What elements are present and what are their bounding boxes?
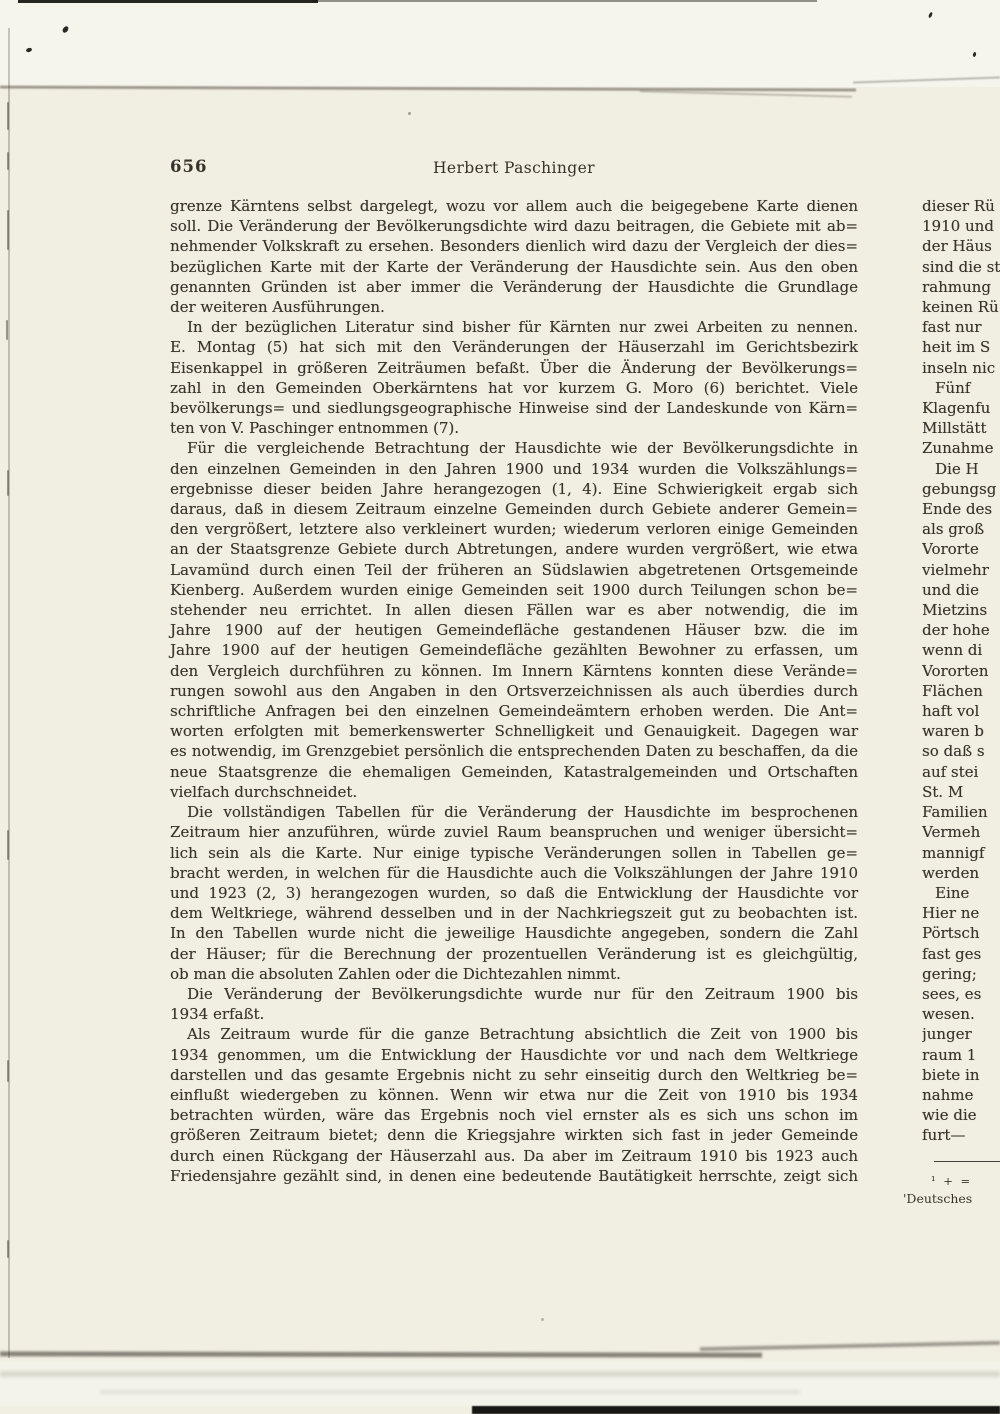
text-line: betrachten würden, wäre das Ergebnis noc… bbox=[170, 1105, 858, 1125]
fragment-line: keinen Rü bbox=[922, 297, 1000, 317]
text-line: der Häuser; für die Berechnung der proze… bbox=[170, 944, 858, 964]
fragment-line: gebungsg bbox=[922, 479, 1000, 499]
text-line: stehender neu errichtet. In allen diesen… bbox=[170, 600, 858, 620]
scan-artifact-bottom-black-strip bbox=[472, 1406, 1000, 1414]
fragment-line: Hier ne bbox=[922, 903, 1000, 923]
scan-artifact-left-dash bbox=[7, 152, 9, 170]
text-line: darstellen und das gesamte Ergebnis nich… bbox=[170, 1065, 858, 1085]
text-line: lich sein als die Karte. Nur einige typi… bbox=[170, 843, 858, 863]
scan-artifact-smudge-bottom bbox=[0, 1351, 762, 1357]
text-line: soll. Die Veränderung der Bevölkerungsdi… bbox=[170, 216, 858, 236]
text-line: Jahre 1900 auf der heutigen Gemeindefläc… bbox=[170, 640, 858, 660]
fragment-line: Eine bbox=[922, 883, 1000, 903]
paragraph: Als Zeitraum wurde für die ganze Betrach… bbox=[170, 1024, 858, 1186]
text-line: neue Staatsgrenze die ehemaligen Gemeind… bbox=[170, 762, 858, 782]
fragment-line: und die bbox=[922, 580, 1000, 600]
scan-artifact-speck bbox=[408, 112, 411, 115]
text-line: und 1923 (2, 3) herangezogen wurden, so … bbox=[170, 883, 858, 903]
scan-artifact-left-dash bbox=[7, 470, 9, 496]
fragment-line: rahmung bbox=[922, 277, 1000, 297]
scan-artifact-left-dash bbox=[6, 320, 8, 340]
fragment-line: der hohe bbox=[922, 620, 1000, 640]
paragraph: Die Veränderung der Bevölkerungsdichte w… bbox=[170, 984, 858, 1024]
text-line: 1934 genommen, um die Entwicklung der Ha… bbox=[170, 1045, 858, 1065]
fragment-line: heit im S bbox=[922, 337, 1000, 357]
paragraph: Für die vergleichende Betrachtung der Ha… bbox=[170, 438, 858, 802]
text-line: worten erfolgten mit bemerkenswerter Sch… bbox=[170, 721, 858, 741]
text-line: der weiteren Ausführungen. bbox=[170, 297, 858, 317]
fragment-line: Klagenfu bbox=[922, 398, 1000, 418]
fragment-line: Vororte bbox=[922, 539, 1000, 559]
footnote-line: ¹ + = bbox=[931, 1174, 972, 1188]
text-line: E. Montag (5) hat sich mit den Veränderu… bbox=[170, 337, 858, 357]
text-line: nehmender Volkskraft zu ersehen. Besonde… bbox=[170, 236, 858, 256]
text-line: durch einen Rückgang der Häuserzahl aus.… bbox=[170, 1146, 858, 1166]
fragment-line: gering; bbox=[922, 964, 1000, 984]
text-line: größeren Zeitraum bietet; denn die Krieg… bbox=[170, 1125, 858, 1145]
fragment-line: St. M bbox=[922, 782, 1000, 802]
fragment-line: Die H bbox=[922, 459, 1000, 479]
fragment-line: mannigf bbox=[922, 843, 1000, 863]
text-line: dem Weltkriege, während desselben und in… bbox=[170, 903, 858, 923]
text-line: vielfach durchschneidet. bbox=[170, 782, 858, 802]
text-line: Friedensjahre gezählt sind, in denen ein… bbox=[170, 1166, 858, 1186]
fragment-line: so daß s bbox=[922, 741, 1000, 761]
text-line: grenze Kärntens selbst dargelegt, wozu v… bbox=[170, 196, 858, 216]
scan-artifact-smudge-bottom-right bbox=[700, 1341, 1000, 1351]
text-line: In den Tabellen wurde nicht die jeweilig… bbox=[170, 923, 858, 943]
text-line: Eisenkappel in größeren Zeiträumen befaß… bbox=[170, 358, 858, 378]
scan-artifact-smudge-upper-dip bbox=[640, 90, 852, 98]
text-line: Die Veränderung der Bevölkerungsdichte w… bbox=[170, 984, 858, 1004]
text-line: schriftliche Anfragen bei den einzelnen … bbox=[170, 701, 858, 721]
fragment-line: junger bbox=[922, 1024, 1000, 1044]
scan-bottom-halo bbox=[0, 1362, 1000, 1406]
fragment-line: fast ges bbox=[922, 944, 1000, 964]
fragment-line: vielmehr bbox=[922, 560, 1000, 580]
text-line: Kienberg. Außerdem wurden einige Gemeind… bbox=[170, 580, 858, 600]
fragment-line: fast nur bbox=[922, 317, 1000, 337]
text-line: ob man die absoluten Zahlen oder die Dic… bbox=[170, 964, 858, 984]
fragment-line: wenn di bbox=[922, 640, 1000, 660]
scanned-book-page: 656 Herbert Paschinger grenze Kärntens s… bbox=[0, 0, 1000, 1414]
fragment-line: auf stei bbox=[922, 762, 1000, 782]
fragment-line: Ende des bbox=[922, 499, 1000, 519]
fragment-line: nahme bbox=[922, 1085, 1000, 1105]
fragment-line: wie die bbox=[922, 1105, 1000, 1125]
fragment-line: furt— bbox=[922, 1125, 1000, 1145]
paragraph: In der bezüglichen Literatur sind bisher… bbox=[170, 317, 858, 438]
text-line: rungen sowohl aus den Angaben in den Ort… bbox=[170, 681, 858, 701]
scan-artifact-left-dash bbox=[7, 1240, 9, 1258]
text-line: In der bezüglichen Literatur sind bisher… bbox=[170, 317, 858, 337]
text-line: es notwendig, im Grenzgebiet persönlich … bbox=[170, 741, 858, 761]
text-line: Zeitraum hier anzuführen, würde zuviel R… bbox=[170, 822, 858, 842]
main-text-column: grenze Kärntens selbst dargelegt, wozu v… bbox=[170, 196, 858, 1186]
fragment-line: wesen. bbox=[922, 1004, 1000, 1024]
fragment-line: sees, es bbox=[922, 984, 1000, 1004]
text-line: Lavamünd durch einen Teil der früheren a… bbox=[170, 560, 858, 580]
text-line: ten von V. Paschinger entnommen (7). bbox=[170, 418, 858, 438]
scan-top-halo bbox=[0, 0, 1000, 87]
fragment-line: Flächen bbox=[922, 681, 1000, 701]
scan-artifact-left-dash bbox=[7, 102, 9, 130]
fragment-line: als groß bbox=[922, 519, 1000, 539]
fragment-line: inseln nic bbox=[922, 358, 1000, 378]
text-line: genannten Gründen ist aber immer die Ver… bbox=[170, 277, 858, 297]
text-line: daraus, daß in diesem Zeitraum einzelne … bbox=[170, 499, 858, 519]
text-line: an der Staatsgrenze Gebiete durch Abtret… bbox=[170, 539, 858, 559]
fragment-line: der Häus bbox=[922, 236, 1000, 256]
adjacent-page-fragment: dieser Rü1910 undder Häussind die strahm… bbox=[922, 196, 1000, 1146]
fragment-line: dieser Rü bbox=[922, 196, 1000, 216]
text-line: bezüglichen Karte mit der Karte der Verä… bbox=[170, 257, 858, 277]
fragment-line: Fünf bbox=[922, 378, 1000, 398]
paragraph: grenze Kärntens selbst dargelegt, wozu v… bbox=[170, 196, 858, 317]
fragment-line: Vororten bbox=[922, 661, 1000, 681]
text-line: 1934 erfaßt. bbox=[170, 1004, 858, 1024]
scan-artifact-left-dash bbox=[7, 1060, 9, 1082]
fragment-line: Zunahme bbox=[922, 438, 1000, 458]
footnote-line: 'Deutsches bbox=[903, 1191, 972, 1206]
text-line: Die vollständigen Tabellen für die Verän… bbox=[170, 802, 858, 822]
text-line: Jahre 1900 auf der heutigen Gemeindefläc… bbox=[170, 620, 858, 640]
paragraph: Die vollständigen Tabellen für die Verän… bbox=[170, 802, 858, 984]
text-line: den einzelnen Gemeinden in den Jahren 19… bbox=[170, 459, 858, 479]
fragment-line: waren b bbox=[922, 721, 1000, 741]
fragment-line: sind die st bbox=[922, 257, 1000, 277]
fragment-line: biete in bbox=[922, 1065, 1000, 1085]
fragment-line: werden bbox=[922, 863, 1000, 883]
fragment-line: 1910 und bbox=[922, 216, 1000, 236]
text-line: bevölkerungs= und siedlungsgeographische… bbox=[170, 398, 858, 418]
text-line: bracht werden, in welchen für die Hausdi… bbox=[170, 863, 858, 883]
scan-artifact-left-dash bbox=[7, 210, 9, 250]
fragment-line: Mietzins bbox=[922, 600, 1000, 620]
text-line: Als Zeitraum wurde für die ganze Betrach… bbox=[170, 1024, 858, 1044]
text-line: Für die vergleichende Betrachtung der Ha… bbox=[170, 438, 858, 458]
scan-artifact-speck bbox=[541, 1318, 544, 1321]
fragment-line: Millstätt bbox=[922, 418, 1000, 438]
text-line: den vergrößert, letztere also verkleiner… bbox=[170, 519, 858, 539]
scan-artifact-left-dash bbox=[7, 830, 9, 860]
fragment-line: Vermeh bbox=[922, 822, 1000, 842]
running-header: Herbert Paschinger bbox=[170, 159, 858, 177]
fragment-line: Pörtsch bbox=[922, 923, 1000, 943]
text-line: einflußt wiedergeben zu können. Wenn wir… bbox=[170, 1085, 858, 1105]
fragment-line: raum 1 bbox=[922, 1045, 1000, 1065]
text-line: zahl in den Gemeinden Oberkärntens hat v… bbox=[170, 378, 858, 398]
fragment-line: haft vol bbox=[922, 701, 1000, 721]
scan-artifact-left-edge-line bbox=[8, 28, 10, 1358]
footnote-rule bbox=[934, 1161, 1000, 1162]
text-line: ergebnisse dieser beiden Jahre herangezo… bbox=[170, 479, 858, 499]
text-line: den Vergleich durchführen zu können. Im … bbox=[170, 661, 858, 681]
fragment-line: Familien bbox=[922, 802, 1000, 822]
